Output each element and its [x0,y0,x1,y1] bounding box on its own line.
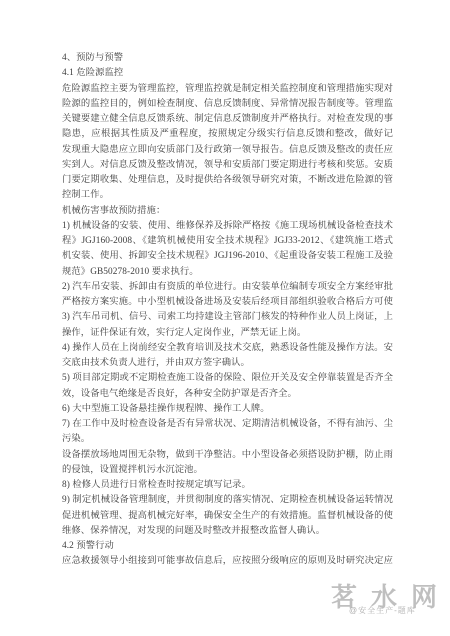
list-item-line: 促进机械管理、提高机械完好率，确保安全生产的有效措施。监督机械设备的使用、 [62,509,393,524]
list-item-line: 5) 项目部定期或不定期检查施工设备的保险、限位开关及安全停靠装置是否齐全有 [62,371,393,386]
list-item-line: 4) 操作人员在上岗前经安全教育培训及技术交底，熟悉设备性能及操作方法。安全 [62,341,393,356]
list-item-line: 交底由技术负责人进行，并由双方签字确认。 [62,356,393,371]
watermark-caption: @安全生产-题库 [349,605,416,616]
text-line: 危险源监控主要为管理监控，管理监控就是制定相关监控制度和管理措施实现对危 [62,82,393,97]
section-heading: 4、预防与预警 [62,51,393,66]
list-item-line: 维修、保养情况，对发现的问题及时整改并报整改监督人确认。 [62,524,393,539]
text-line: 实到人。对信息反馈及整改情况，领导和安质部门要定期进行考核和奖惩。安质部 [62,158,393,173]
list-item-line: 7) 在工作中及时检查设备是否有异常状况、定期清洁机械设备，不得有油污、尘土 [62,417,393,432]
text-line: 关键要建立健全信息反馈系统、制定信息反馈制度并严格执行。对检查发现的事故 [62,112,393,127]
subsection-heading: 4.2 预警行动 [62,539,393,554]
text-line: 应急救援领导小组接到可能事故信息后，应按照分级响应的原则及时研究决定应对 [62,554,393,569]
list-item-line: 污染。 [62,432,393,447]
text-line: 门要定期收集、处理信息，及时提供给各级领导研究对策，不断改进危险源的管理 [62,173,393,188]
list-heading: 机械伤害事故预防措施： [62,204,393,219]
list-item-line: 严格按方案实施。中小型机械设备进场及安装后经项目部组织验收合格后方可使用。 [62,295,393,310]
text-line: 发现重大隐患应立即向安质部门及行政第一领导报告。信息反馈及整改的责任应落 [62,143,393,158]
text-line: 设备摆放场地周围无杂物，做到干净整洁。中小型设备必须搭设防护棚，防止雨雪 [62,448,393,463]
list-item-line: 规范》GB50278-2010 要求执行。 [62,265,393,280]
text-line: 隐患，应根据其性质及严重程度，按照规定分级实行信息反馈和整改，做好记录。 [62,127,393,142]
list-item-line: 6) 大中型施工设备悬挂操作规程牌、操作工人牌。 [62,402,393,417]
list-item-line: 效，设备电气绝缘是否良好，各种安全防护罩是否齐全。 [62,387,393,402]
text-line: 的侵蚀，设置搅拌机污水沉淀池。 [62,463,393,478]
list-item-line: 9) 制定机械设备管理制度，并贯彻制度的落实情况、定期检查机械设备运转情况是 [62,493,393,508]
list-item-line: 操作，证件保证有效，实行定人定岗作业，严禁无证上岗。 [62,326,393,341]
list-item-line: 3) 汽车吊司机、信号、司索工均持建设主管部门核发的特种作业人员上岗证，上岗 [62,310,393,325]
subsection-heading: 4.1 危险源监控 [62,66,393,81]
text-line: 险源的监控目的，例如检查制度、信息反馈制度、异常情况报告制度等。管理监控 [62,97,393,112]
document-body: 4、预防与预警 4.1 危险源监控 危险源监控主要为管理监控，管理监控就是制定相… [62,51,393,570]
list-item-line: 8) 检修人员进行日常检查时按规定填写记录。 [62,478,393,493]
text-line: 控制工作。 [62,188,393,203]
list-item-line: 机安装、使用、拆卸安全技术规程》JGJ196-2010、《起重设备安装工程施工及… [62,249,393,264]
list-item-line: 2) 汽车吊安装、拆卸由有资质的单位进行。由安装单位编制专项安全方案经审批后 [62,280,393,295]
list-item-line: 1) 机械设备的安装、使用、维修保养及拆除严格按《施工现场机械设备检查技术规 [62,219,393,234]
list-item-line: 程》JGJ160-2008、《建筑机械使用安全技术规程》JGJ33-2012、《… [62,234,393,249]
watermark: 茗水网 @安全生产-题库 [331,583,446,623]
